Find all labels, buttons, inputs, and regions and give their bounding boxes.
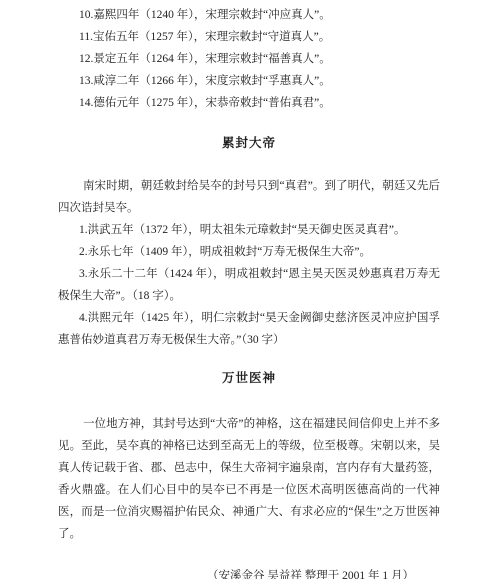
document-page: 10.嘉熙四年（1240 年），宋理宗敕封“冲应真人”。 11.宝佑五年（125…: [0, 0, 500, 579]
signature-line: （安溪金谷 吴益祥 整理于 2001 年 1 月）: [58, 565, 440, 579]
document-content: 10.嘉熙四年（1240 年），宋理宗敕封“冲应真人”。 11.宝佑五年（125…: [0, 0, 500, 579]
list-item-4: 4.洪熙元年（1425 年），明仁宗敕封“昊天金阙御史慈济医灵冲应护国孚惠普佑妙…: [58, 307, 440, 351]
list-item-11: 11.宝佑五年（1257 年），宋理宗敕封“守道真人”。: [58, 26, 440, 48]
paragraph-wanshi-body: 一位地方神，其封号达到“大帝”的神格，这在福建民间信仰史上并不多见。至此，吴夲真…: [58, 413, 440, 545]
list-item-3: 3.永乐二十二年（1424 年），明成祖敕封“恩主昊天医灵妙惠真君万寿无极保生大…: [58, 263, 440, 307]
section-heading-leifengdadi: 累封大帝: [58, 132, 440, 154]
list-item-2: 2.永乐七年（1409 年），明成祖敕封“万寿无极保生大帝”。: [58, 241, 440, 263]
list-item-14: 14.德佑元年（1275 年），宋恭帝敕封“普佑真君”。: [58, 92, 440, 114]
list-item-1: 1.洪武五年（1372 年），明太祖朱元璋敕封“昊天御史医灵真君”。: [58, 219, 440, 241]
list-item-12: 12.景定五年（1264 年），宋理宗敕封“福善真人”。: [58, 48, 440, 70]
list-item-10: 10.嘉熙四年（1240 年），宋理宗敕封“冲应真人”。: [58, 4, 440, 26]
section-heading-wanshiyishen: 万世医神: [58, 367, 440, 389]
list-item-13: 13.咸淳二年（1266 年），宋度宗敕封“孚惠真人”。: [58, 70, 440, 92]
paragraph-leifeng-intro: 南宋时期，朝廷敕封给吴夲的封号只到“真君”。到了明代，朝廷又先后四次诰封吴夲。: [58, 175, 440, 219]
